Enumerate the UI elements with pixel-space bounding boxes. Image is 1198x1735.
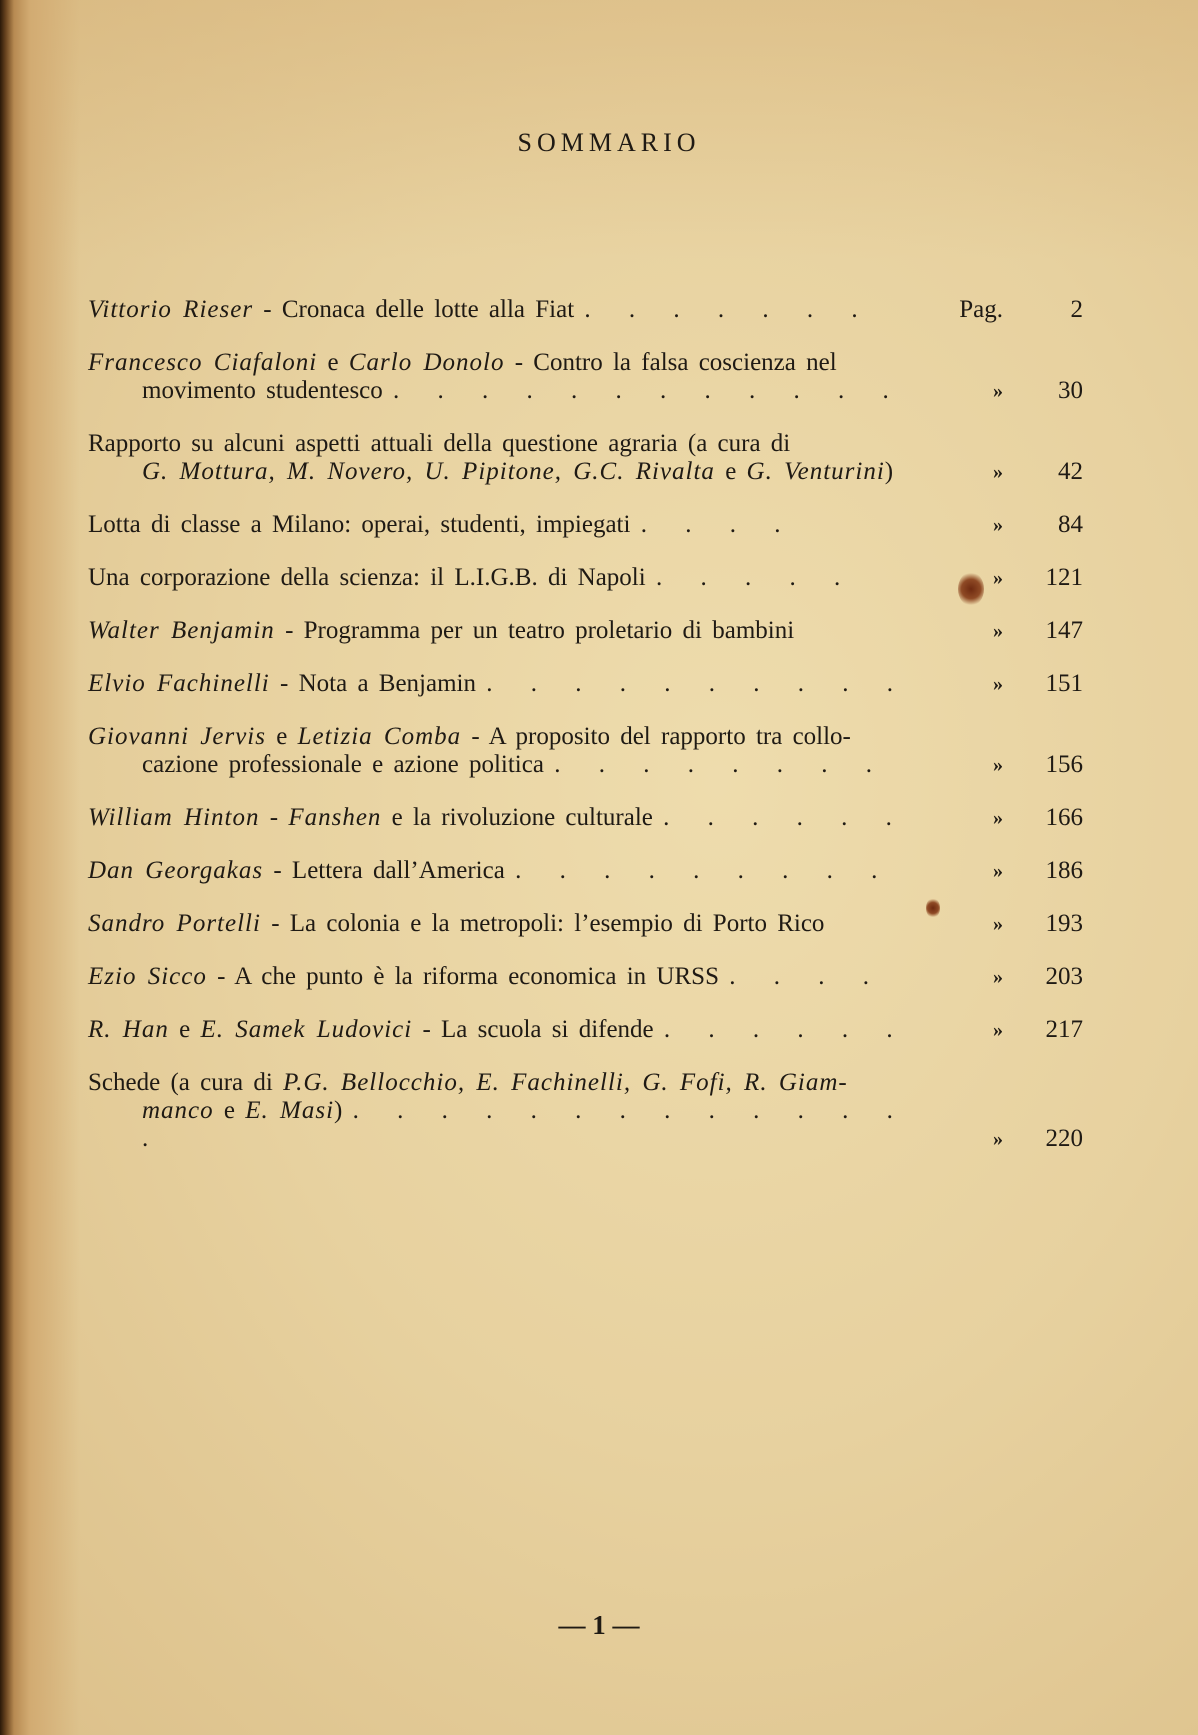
scanned-page: SOMMARIO Vittorio Rieser - Cronaca delle… xyxy=(0,0,1198,1735)
ditto-mark: » xyxy=(943,377,1003,405)
ink-stain xyxy=(926,898,940,918)
leader-dots: . . . . . . . . xyxy=(554,751,886,778)
entry-title: Lettera dall’America xyxy=(292,857,505,884)
entry-title: A proposito del rapporto tra collo- xyxy=(489,723,851,750)
toc-entry: Lotta di classe a Milano: operai, studen… xyxy=(88,511,1083,539)
page-number: 220 xyxy=(1003,1125,1083,1153)
page-folio: — 1 — xyxy=(0,1610,1198,1641)
page-number: 2 xyxy=(1003,296,1083,324)
entry-editors: P.G. Bellocchio, E. Fachinelli, G. Fofi,… xyxy=(283,1069,848,1096)
entry-author: William Hinton xyxy=(88,804,259,831)
ditto-mark: » xyxy=(943,804,1003,832)
leader-dots: . . . . xyxy=(729,963,883,990)
page-number: 186 xyxy=(1003,857,1083,885)
entry-text: Elvio Fachinelli - Nota a Benjamin . . .… xyxy=(88,670,943,698)
ditto-mark: » xyxy=(943,458,1003,486)
ditto-mark: » xyxy=(943,617,1003,645)
ditto-mark: » xyxy=(943,670,1003,698)
entry-title: Contro la falsa coscienza nel xyxy=(533,349,836,376)
page-number: 147 xyxy=(1003,617,1083,645)
entry-text: Dan Georgakas - Lettera dall’America . .… xyxy=(88,857,943,885)
ditto-mark: » xyxy=(943,910,1003,938)
entry-author: Letizia Comba xyxy=(298,723,462,750)
leader-dots: . . . . xyxy=(641,511,795,538)
toc-entry: Rapporto su alcuni aspetti attuali della… xyxy=(88,430,1083,486)
toc-entry: Una corporazione della scienza: il L.I.G… xyxy=(88,564,1083,592)
entry-author: Ezio Sicco xyxy=(88,963,207,990)
entry-title: Schede (a cura di xyxy=(88,1069,283,1096)
entry-title: Lotta di classe a Milano: operai, studen… xyxy=(88,511,630,538)
page-number: 203 xyxy=(1003,963,1083,991)
entry-editors: G. Mottura, M. Novero, U. Pipitone, G.C.… xyxy=(142,458,715,485)
leader-dots: . . . . . . xyxy=(663,804,906,831)
entry-author: Elvio Fachinelli xyxy=(88,670,270,697)
page-number: 151 xyxy=(1003,670,1083,698)
entry-text: Walter Benjamin - Programma per un teatr… xyxy=(88,617,943,645)
entry-text: Rapporto su alcuni aspetti attuali della… xyxy=(88,430,943,486)
entry-title-cont: movimento studentesco xyxy=(142,377,383,404)
page-number: 156 xyxy=(1003,751,1083,779)
ditto-mark: » xyxy=(943,857,1003,885)
page-number: 84 xyxy=(1003,511,1083,539)
entry-author: Sandro Portelli xyxy=(88,910,261,937)
toc-entry: Dan Georgakas - Lettera dall’America . .… xyxy=(88,857,1083,885)
entry-title: A che punto è la riforma economica in UR… xyxy=(234,963,719,990)
toc-entry: Schede (a cura di P.G. Bellocchio, E. Fa… xyxy=(88,1069,1083,1153)
entry-text: Schede (a cura di P.G. Bellocchio, E. Fa… xyxy=(88,1069,943,1153)
toc-entry: Walter Benjamin - Programma per un teatr… xyxy=(88,617,1083,645)
page-number: 121 xyxy=(1003,564,1083,592)
page-number: 217 xyxy=(1003,1016,1083,1044)
table-of-contents: Vittorio Rieser - Cronaca delle lotte al… xyxy=(88,296,1083,1178)
entry-text: Una corporazione della scienza: il L.I.G… xyxy=(88,564,943,592)
leader-dots: . . . . . . . . . . xyxy=(486,670,907,697)
entry-author: Giovanni Jervis xyxy=(88,723,266,750)
ditto-mark: » xyxy=(943,963,1003,991)
entry-author: R. Han xyxy=(88,1016,169,1043)
entry-title-italic: Fanshen xyxy=(288,804,381,831)
entry-text: William Hinton - Fanshen e la rivoluzion… xyxy=(88,804,943,832)
entry-editors: E. Masi xyxy=(245,1097,334,1124)
entry-title: La colonia e la metropoli: l’esempio di … xyxy=(290,910,825,937)
ditto-mark: » xyxy=(943,751,1003,779)
page-number: 193 xyxy=(1003,910,1083,938)
toc-entry: Francesco Ciafaloni e Carlo Donolo - Con… xyxy=(88,349,1083,405)
page-number: 166 xyxy=(1003,804,1083,832)
leader-dots: . . . . . . . xyxy=(584,296,871,323)
entry-author: Vittorio Rieser xyxy=(88,296,253,323)
leader-dots: . . . . . . xyxy=(664,1016,907,1043)
entry-title: Una corporazione della scienza: il L.I.G… xyxy=(88,564,646,591)
ditto-mark: » xyxy=(943,1125,1003,1153)
leader-dots: . . . . . . . . . xyxy=(515,857,891,884)
toc-entry: William Hinton - Fanshen e la rivoluzion… xyxy=(88,804,1083,832)
toc-entry: Vittorio Rieser - Cronaca delle lotte al… xyxy=(88,296,1083,324)
entry-author: E. Samek Ludovici xyxy=(200,1016,412,1043)
entry-author: Carlo Donolo xyxy=(349,349,505,376)
page-title: SOMMARIO xyxy=(0,128,1198,158)
entry-author: Walter Benjamin xyxy=(88,617,275,644)
leader-dots: . . . . . xyxy=(656,564,854,591)
entry-text: Giovanni Jervis e Letizia Comba - A prop… xyxy=(88,723,943,779)
page-number: 30 xyxy=(1003,377,1083,405)
entry-title: Cronaca delle lotte alla Fiat xyxy=(282,296,574,323)
page-number: 42 xyxy=(1003,458,1083,486)
ink-stain xyxy=(958,572,984,606)
entry-text: Sandro Portelli - La colonia e la metrop… xyxy=(88,910,943,938)
entry-text: Lotta di classe a Milano: operai, studen… xyxy=(88,511,943,539)
entry-editors: manco xyxy=(142,1097,214,1124)
entry-text: Francesco Ciafaloni e Carlo Donolo - Con… xyxy=(88,349,943,405)
entry-text: Ezio Sicco - A che punto è la riforma ec… xyxy=(88,963,943,991)
toc-entry: Ezio Sicco - A che punto è la riforma ec… xyxy=(88,963,1083,991)
entry-title: Rapporto su alcuni aspetti attuali della… xyxy=(88,430,790,457)
toc-entry: Elvio Fachinelli - Nota a Benjamin . . .… xyxy=(88,670,1083,698)
entry-editors: G. Venturini xyxy=(747,458,885,485)
entry-author: Dan Georgakas xyxy=(88,857,263,884)
entry-author: Francesco Ciafaloni xyxy=(88,349,317,376)
ditto-mark: » xyxy=(943,1016,1003,1044)
entry-text: Vittorio Rieser - Cronaca delle lotte al… xyxy=(88,296,943,324)
entry-title: Nota a Benjamin xyxy=(299,670,476,697)
entry-title: La scuola si difende xyxy=(441,1016,654,1043)
toc-entry: R. Han e E. Samek Ludovici - La scuola s… xyxy=(88,1016,1083,1044)
toc-entry: Giovanni Jervis e Letizia Comba - A prop… xyxy=(88,723,1083,779)
page-label: Pag. xyxy=(943,296,1003,324)
leader-dots: . . . . . . . . . . . . xyxy=(393,377,903,404)
entry-title-cont: cazione professionale e azione politica xyxy=(142,751,544,778)
entry-title: Programma per un teatro proletario di ba… xyxy=(304,617,795,644)
ditto-mark: » xyxy=(943,511,1003,539)
entry-text: R. Han e E. Samek Ludovici - La scuola s… xyxy=(88,1016,943,1044)
entry-title: e la rivoluzione culturale xyxy=(381,804,652,831)
